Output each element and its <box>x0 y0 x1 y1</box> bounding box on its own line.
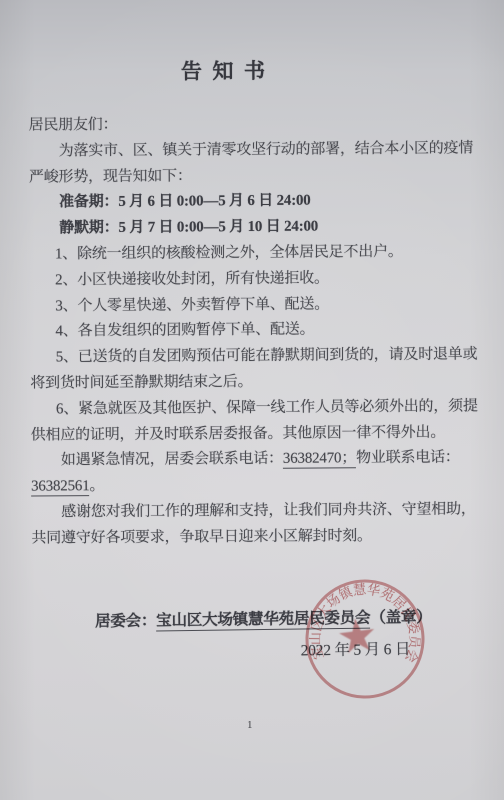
contact-mid: 物业联系电话： <box>356 450 460 467</box>
notice-title: 告知书 <box>28 55 428 88</box>
preparation-period-line: 准备期：5 月 6 日 0:00—5 月 6 日 24:00 <box>29 188 473 217</box>
thanks-line-2: 共同遵守好各项要求，争取早日迎来小区解封时刻。 <box>31 523 475 552</box>
notice-item-1: 1、除统一组织的核酸检测之外，全体居民足不出户。 <box>29 239 473 268</box>
committee-phone-number: 36382470； <box>283 451 356 469</box>
star-icon: ★ <box>330 609 383 662</box>
notice-item-5-line-1: 5、已送货的自发团购预估可能在静默期间到货的，请及时退单或 <box>30 343 474 372</box>
official-stamp: 宝山区大场镇慧华苑居民委员会 ★ <box>300 574 430 704</box>
thanks-line-1: 感谢您对我们工作的理解和支持，让我们同舟共济、守望相助， <box>31 497 475 526</box>
notice-item-2: 2、小区快递接收处封闭，所有快递拒收。 <box>30 265 474 294</box>
page-number: 1 <box>247 719 253 731</box>
salutation: 居民朋友们： <box>28 110 472 139</box>
contact-prefix: 如遇紧急情况，居委会联系电话： <box>61 451 283 469</box>
notice-document-photo: 告知书 居民朋友们： 为落实市、区、镇关于清零攻坚行动的部署，结合本小区的疫情 … <box>0 0 504 800</box>
signature-label: 居委会： <box>95 612 156 630</box>
notice-item-6-line-2: 供相应的证明，并及时联系居委报备。其他原因一律不得外出。 <box>31 420 475 449</box>
notice-item-3: 3、个人零星快递、外卖暂停下单、配送。 <box>30 291 474 320</box>
notice-item-6-line-1: 6、紧急就医及其他医护、保障一线工作人员等必须外出的，须提 <box>30 394 474 423</box>
silent-period-line: 静默期：5 月 7 日 0:00—5 月 10 日 24:00 <box>29 214 473 243</box>
document-content: 告知书 居民朋友们： 为落实市、区、镇关于清零攻坚行动的部署，结合本小区的疫情 … <box>0 0 504 666</box>
intro-line-2: 严峻形势，现告知如下： <box>29 162 473 191</box>
contact-suffix: 。 <box>89 478 104 494</box>
property-phone-number: 36382561 <box>31 478 90 496</box>
notice-item-4: 4、各自发组织的团购暂停下单、配送。 <box>30 317 474 346</box>
contact-line-1: 如遇紧急情况，居委会联系电话：36382470；物业联系电话： <box>31 446 475 475</box>
notice-item-5-line-2: 将到货时间延至静默期结束之后。 <box>30 368 474 397</box>
contact-line-2: 36382561。 <box>31 472 475 501</box>
intro-line-1: 为落实市、区、镇关于清零攻坚行动的部署，结合本小区的疫情 <box>29 136 473 165</box>
